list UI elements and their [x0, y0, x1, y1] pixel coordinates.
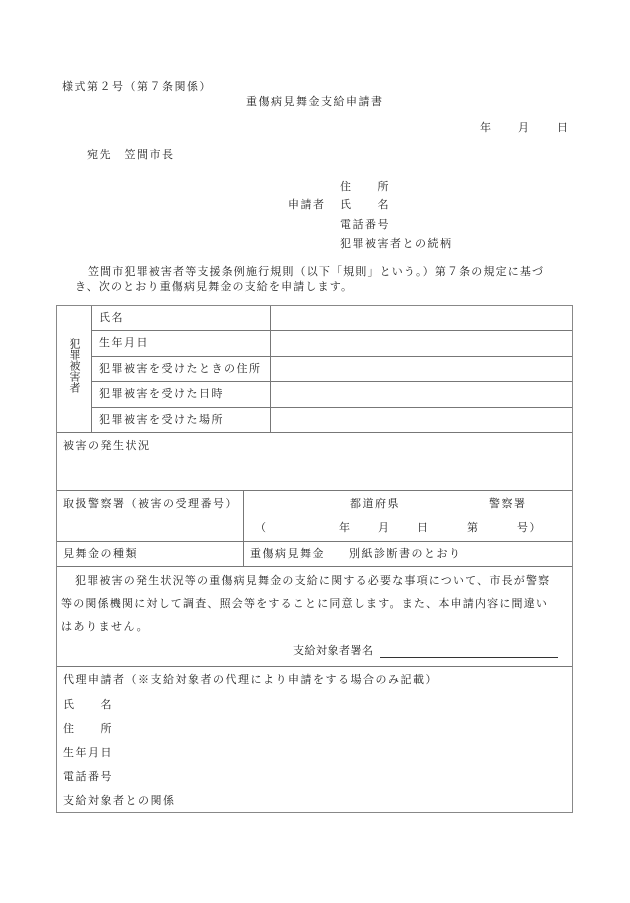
divider: [91, 330, 572, 331]
victim-birthdate-label: 生年月日: [99, 336, 149, 350]
victim-datetime-label: 犯罪被害を受けた日時: [99, 387, 224, 401]
proxy-heading: 代理申請者（※支給対象者の代理により申請をする場合のみ記載）: [63, 673, 438, 687]
divider: [91, 306, 92, 432]
divider: [91, 407, 572, 408]
police-label: 取扱警察署（被害の受理番号）: [63, 497, 238, 511]
police-year-label: 年: [339, 521, 352, 535]
consent-line-1: 犯罪被害の発生状況等の重傷病見舞金の支給に関する必要な事項について、市長が警察: [75, 574, 550, 588]
divider: [91, 381, 572, 382]
application-table: 犯罪被害者 氏名 生年月日 犯罪被害を受けたときの住所 犯罪被害を受けた日時 犯…: [56, 305, 573, 813]
signature-field[interactable]: [380, 657, 558, 658]
divider: [243, 490, 244, 566]
divider: [57, 566, 572, 567]
victim-address-field[interactable]: [275, 362, 565, 378]
victim-place-label: 犯罪被害を受けた場所: [99, 413, 224, 427]
page-title: 重傷病見舞金支給申請書: [246, 95, 384, 109]
proxy-address-label: 住 所: [63, 722, 113, 736]
police-number-prefix: 第: [467, 521, 480, 535]
applicant-relation-label: 犯罪被害者との続柄: [340, 237, 453, 251]
damage-situation-label: 被害の発生状況: [63, 439, 151, 453]
police-month-label: 月: [378, 521, 391, 535]
police-prefecture-label: 都道府県: [350, 497, 400, 511]
proxy-phone-label: 電話番号: [63, 770, 113, 784]
applicant-label: 申請者: [288, 198, 326, 212]
police-day-label: 日: [417, 521, 430, 535]
victim-name-label: 氏名: [99, 311, 124, 325]
divider: [270, 306, 271, 432]
intro-line-1: 笠間市犯罪被害者等支援条例施行規則（以下「規則」という。）第７条の規定に基づ: [88, 265, 544, 279]
benefit-type-note: 別紙診断書のとおり: [349, 547, 462, 561]
benefit-type-label: 見舞金の種類: [63, 547, 138, 561]
divider: [57, 541, 572, 542]
date-day-label: 日: [557, 121, 568, 135]
victim-birthdate-field[interactable]: [275, 336, 565, 352]
victim-address-label: 犯罪被害を受けたときの住所: [99, 362, 262, 376]
victim-name-field[interactable]: [275, 311, 565, 327]
divider: [91, 356, 572, 357]
damage-situation-field[interactable]: [63, 456, 563, 484]
proxy-relation-label: 支給対象者との関係: [63, 794, 176, 808]
benefit-type-value: 重傷病見舞金: [250, 547, 325, 561]
divider: [57, 666, 572, 667]
victim-datetime-field[interactable]: [275, 387, 565, 403]
applicant-address-label: 住 所: [340, 180, 390, 194]
divider: [57, 432, 572, 433]
police-station-label: 警察署: [489, 497, 527, 511]
victim-place-field[interactable]: [275, 413, 565, 429]
applicant-name-label: 氏 名: [340, 198, 390, 212]
police-open-paren: （: [255, 521, 268, 535]
addressee: 宛先 笠間市長: [87, 148, 175, 162]
form-number: 様式第２号（第７条関係）: [62, 80, 212, 94]
consent-line-3: はありません。: [61, 620, 149, 634]
applicant-phone-label: 電話番号: [340, 218, 390, 232]
victim-group-label: 犯罪被害者: [67, 338, 81, 393]
divider: [57, 490, 572, 491]
intro-line-2: き、次のとおり重傷病見舞金の支給を申請します。: [75, 280, 353, 294]
proxy-birthdate-label: 生年月日: [63, 746, 113, 760]
date-month-label: 月: [518, 121, 529, 135]
signature-label: 支給対象者署名: [293, 644, 374, 658]
police-number-suffix: 号）: [517, 521, 542, 535]
proxy-name-label: 氏 名: [63, 698, 113, 712]
date-year-label: 年: [480, 121, 491, 135]
consent-line-2: 等の関係機関に対して調査、照会等をすることに同意します。また、本申請内容に間違い: [61, 597, 548, 611]
